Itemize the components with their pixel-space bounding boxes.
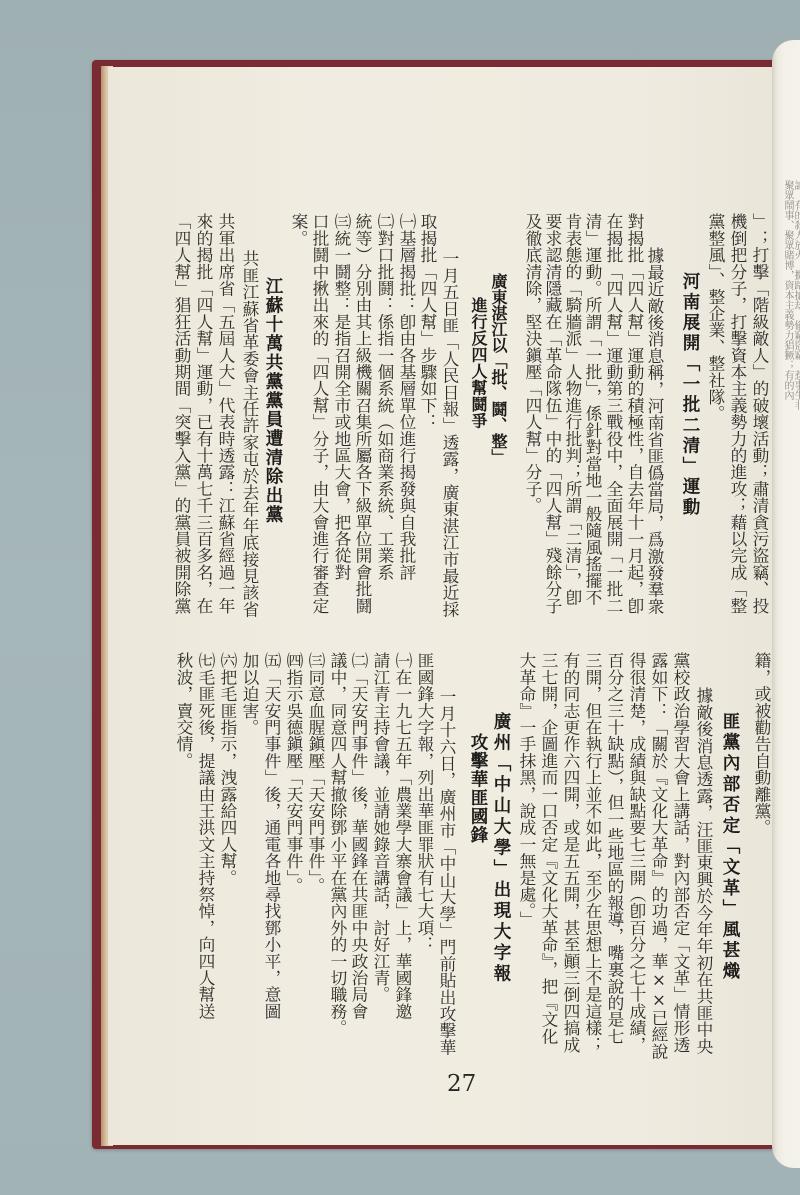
article-heading: 江蘇十萬共黨黨員遭清除出黨: [262, 277, 284, 524]
text-column: 共匪江蘇省革委會主任許家屯於去年年底接見該省: [239, 213, 261, 617]
text-column: 要求認清隱藏在「革命隊伍」中的「四人幫」殘餘分子: [542, 213, 564, 614]
text-column: 口批鬪中揪出來的「四人幫」分子，由大會進行審查定: [309, 213, 331, 614]
text-column: 百分之三十缺點），但一些地區的報導，嘴裏說的是七: [604, 652, 626, 1044]
text-column: 機倒把分子，打擊資本主義勢力的進攻；藉以完成「整: [727, 213, 749, 614]
page-number: 27: [447, 1071, 476, 1097]
article-heading: 廣東湛江以「批、鬪、整」: [487, 273, 509, 465]
article-subheading: 攻擊華匪國鋒: [467, 733, 489, 844]
text-column: 有的同志更作六四開，或是五五開，甚至顚三倒四搞成: [560, 652, 582, 1053]
list-item: ㈠在一九七五年「農業學大寨會議」上，華國鋒邀: [392, 652, 414, 1019]
text-column: 據最近敵後消息稱，河南省匪僞當局，爲激發羣衆: [644, 213, 666, 614]
list-item: ㈦毛匪死後，提議由王洪文主持祭悼，向四人幫送: [195, 652, 217, 1019]
text-column: 議中，同意四人幫撤除鄧小平在黨內外的一切職務。: [327, 652, 349, 1036]
list-item: ㈣指示吳德鎭壓「天安門事件」。: [283, 652, 305, 894]
text-column: 清」運動。所謂「一批」，係針對當地一般隨風搖擺不: [582, 213, 604, 605]
list-item: ㈡對口批鬪：係指一個系統（如商業系統、工業系: [374, 213, 396, 580]
adjacent-page-text: 聚眾鬧事、聚眾賭博，資本主義勢力猖獗；有的內: [782, 180, 792, 400]
text-column: 得很清楚，成績與缺點要七三開（卽百分之七十成績，: [626, 652, 648, 1053]
list-item: ㈥把毛匪指示，洩露給四人幫。: [217, 652, 239, 886]
list-item: ㈡「天安門事件」後，華國鋒在共匪中央政治局會: [348, 652, 370, 1019]
text-column: 一月五日匪「人民日報」透露，廣東湛江市最近採: [439, 213, 461, 617]
text-column: 取揭批「四人幫」步驟如下：: [417, 213, 439, 430]
text-column: 「四人幫」猖狂活動期間「突擊入黨」的黨員被開除黨: [171, 213, 193, 614]
text-column: 據敵後消息透露，汪匪東興於今年年初在共匪中央: [693, 652, 715, 1054]
text-column: 匪國鋒大字報，列出華匪罪狀有七大項：: [414, 652, 436, 953]
adjacent-page-text: 論；有的殺人放火、攔路搶劫、偷竊盜竊、惹事生非、: [792, 180, 800, 420]
text-column: 大革命』一手抹黑，說成一無是處。」: [516, 652, 538, 928]
text-column: 肯表態的「騎牆派」人物進行批判；所謂「二清」，卽: [562, 213, 584, 605]
text-column: 在揭批「四人幫」運動第三戰役中，全面展開「一批二: [603, 213, 625, 614]
article-heading: 廣州「中山大學」出現大字報: [490, 712, 512, 985]
text-column: 來的揭批「四人幫」運動，已有十萬七千三百多名，在: [193, 213, 215, 614]
text-column: 」；打擊「階級敵人」的破壞活動；肅清貪污盜竊、投: [749, 213, 771, 614]
text-column: 黨整風」、整企業、整社隊。: [705, 213, 727, 422]
text-column: 秋波，賣交情。: [173, 652, 195, 769]
list-item: ㈢統一鬪整：是指召開全市或地區大會，把各從對: [331, 213, 353, 580]
text-column: 露如下：「關於『文化大革命』的功過，華××已經說: [648, 652, 670, 1059]
text-column: 籍，或被勸告自動離黨。: [751, 652, 773, 836]
text-column: 對揭批「四人幫」運動的積極性，自去年十一月起，卽: [624, 213, 646, 614]
adjacent-curled-page: 論；有的殺人放火、攔路搶劫、偷竊盜竊、惹事生非、 聚眾鬧事、聚眾賭博，資本主義勢…: [772, 40, 800, 1168]
text-column: 加以迫害。: [239, 652, 261, 736]
text-column: 三開，但在執行上並不如此，至少在思想上不是這樣；: [582, 652, 604, 1053]
article-subheading: 進行反四人幫鬪爭: [467, 297, 489, 429]
list-item: ㈠基層揭批：卽由各基層單位進行揭發與自我批評: [396, 213, 418, 580]
text-column: 共軍出席省「五屆人大」代表時透露：江蘇省經過一年: [215, 213, 237, 614]
text-column: 統等）分別由其上級機關召集所屬各下級單位開會批鬪: [352, 213, 374, 614]
text-column: 案。: [288, 213, 310, 246]
article-heading: 河南展開「一批二清」運動: [679, 272, 701, 518]
list-item: ㈢同意血腥鎭壓「天安門事件」。: [305, 652, 327, 894]
list-item: ㈤「天安門事件」後，通電各地尋找鄧小平，意圖: [261, 652, 283, 1019]
text-column: 三七開，企圖進而一口否定『文化大革命』，把『文化: [538, 652, 560, 1044]
text-column: 黨校政治學習大會上講話，對內部否定「文革」情形透: [670, 652, 692, 1053]
text-column: 及徹底清除，堅決鎭壓「四人幫」分子。: [522, 213, 544, 514]
article-heading: 匪黨內部否定「文革」風甚熾: [719, 712, 741, 982]
text-column: 請江青主持會議，並請她錄音講話，討好江青。: [370, 652, 392, 1003]
text-column: 一月十六日，廣州市「中山大學」門前貼出攻擊華: [436, 652, 458, 1055]
